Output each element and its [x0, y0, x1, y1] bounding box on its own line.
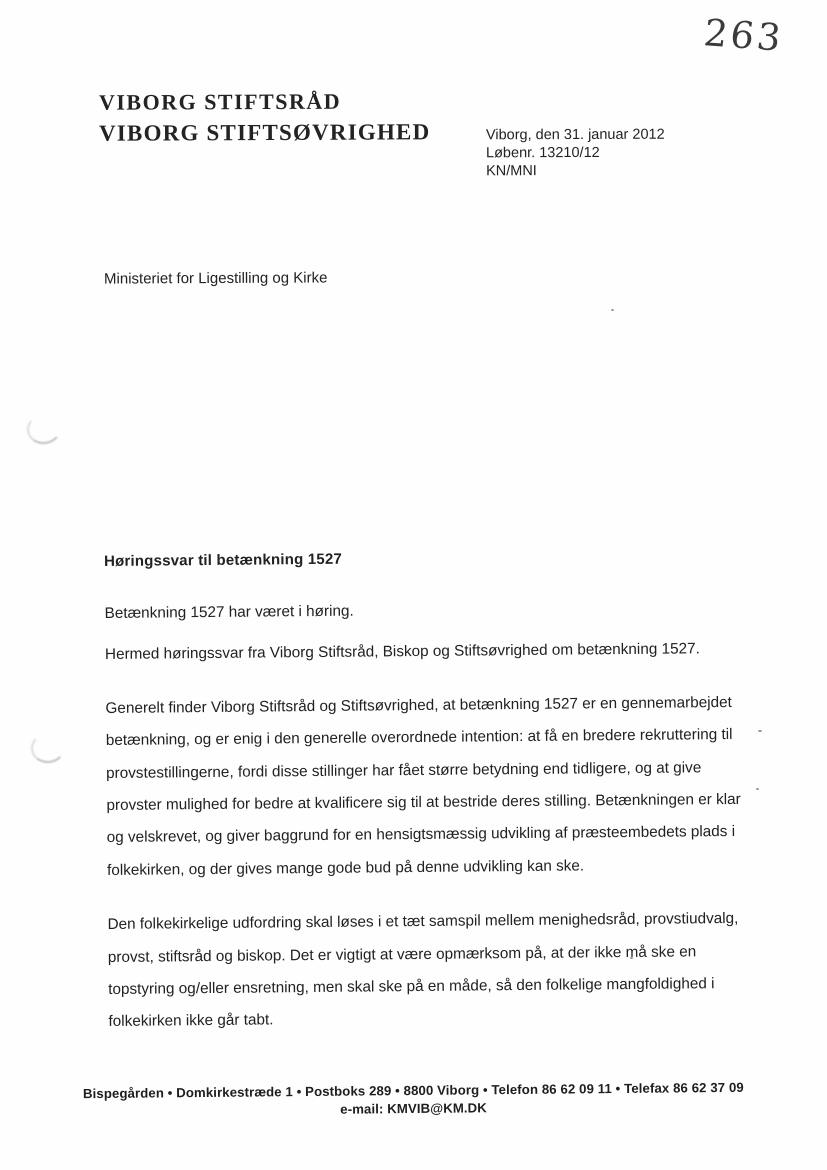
body-paragraph-3: Generelt finder Viborg Stiftsråd og Stif…: [105, 687, 759, 888]
initials-line: KN/MNI: [486, 162, 665, 181]
date-line: Viborg, den 31. januar 2012: [486, 126, 665, 145]
letter-page: 263 VIBORG STIFTSRÅD VIBORG STIFTSØVRIGH…: [0, 0, 827, 1170]
letterhead-line-stiftsoevrighed: VIBORG STIFTSØVRIGHED: [99, 116, 430, 148]
subject-line: Høringssvar til betænkning 1527: [104, 547, 756, 570]
scan-speck: [611, 309, 614, 311]
letterhead-line-stiftsraad: VIBORG STIFTSRÅD: [99, 85, 430, 117]
scan-speck: [758, 730, 762, 732]
body-paragraph-2: Hermed høringssvar fra Viborg Stiftsråd,…: [105, 633, 757, 672]
footer: Bispegården • Domkirkestræde 1 • Postbok…: [0, 1078, 827, 1122]
letter-body: Høringssvar til betænkning 1527 Betænkni…: [104, 547, 761, 1039]
body-paragraph-1: Betænkning 1527 har været i høring.: [104, 592, 756, 631]
handwritten-page-number: 263: [701, 11, 786, 59]
body-paragraph-4: Den folkekirkelige udfordring skal løses…: [107, 903, 760, 1039]
journal-number-line: Løbenr. 13210/12: [486, 144, 665, 163]
punch-hole-mark: [25, 412, 63, 446]
recipient-line: Ministeriet for Ligestilling og Kirke: [104, 269, 328, 287]
meta-block: Viborg, den 31. januar 2012 Løbenr. 1321…: [486, 126, 665, 181]
punch-hole-mark: [30, 732, 66, 764]
letterhead: VIBORG STIFTSRÅD VIBORG STIFTSØVRIGHED: [99, 85, 431, 148]
